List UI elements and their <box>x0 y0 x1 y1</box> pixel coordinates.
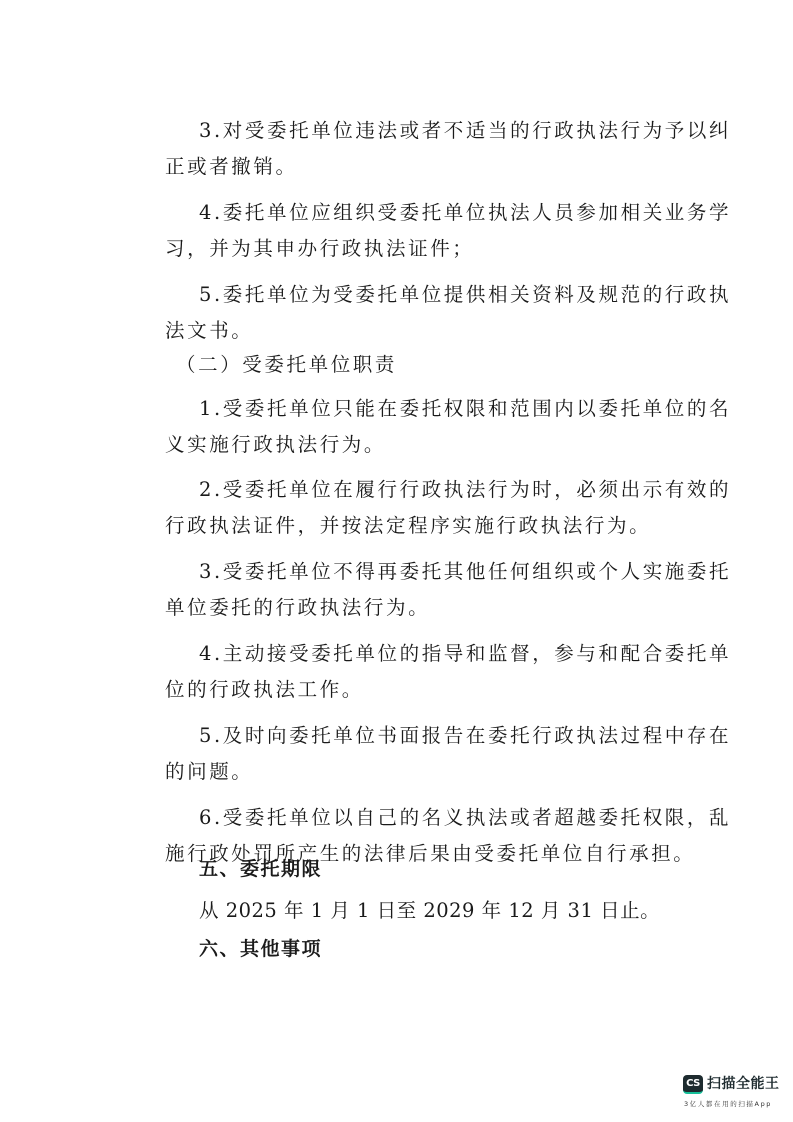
paragraph-line: 6.受委托单位以自己的名义执法或者超越委托权限，乱 <box>199 806 640 830</box>
section-heading-other: 六、其他事项 <box>199 937 640 961</box>
paragraph-line-date-range: 从 2025 年 1 月 1 日至 2029 年 12 月 31 日止。 <box>199 899 640 923</box>
paragraph-line: 5.及时向委托单位书面报告在委托行政执法过程中存在 <box>199 724 640 748</box>
paragraph-line: 位的行政执法工作。 <box>165 678 640 702</box>
camscanner-logo-icon: CS <box>683 1075 703 1094</box>
paragraph-line: 习，并为其申办行政执法证件； <box>165 237 640 261</box>
scanner-watermark: CS 扫描全能王 3亿人都在用的扫描App <box>683 1075 793 1115</box>
paragraph-line: 5.委托单位为受委托单位提供相关资料及规范的行政执 <box>199 283 640 307</box>
paragraph-line: 法文书。 <box>165 319 640 343</box>
paragraph-line: 义实施行政执法行为。 <box>165 433 640 457</box>
watermark-subtitle: 3亿人都在用的扫描App <box>684 1099 772 1108</box>
paragraph-line: 正或者撤销。 <box>165 155 640 179</box>
paragraph-line: 3.受委托单位不得再委托其他任何组织或个人实施委托 <box>199 560 640 584</box>
paragraph-line: 行政执法证件，并按法定程序实施行政执法行为。 <box>165 514 640 538</box>
section-subheading: （二）受委托单位职责 <box>176 353 617 377</box>
watermark-title: 扫描全能王 <box>707 1075 780 1094</box>
paragraph-line: 4.委托单位应组织受委托单位执法人员参加相关业务学 <box>199 201 640 225</box>
paragraph-line: 1.受委托单位只能在委托权限和范围内以委托单位的名 <box>199 397 640 421</box>
paragraph-line: 3.对受委托单位违法或者不适当的行政执法行为予以纠 <box>199 119 640 143</box>
paragraph-line: 4.主动接受委托单位的指导和监督，参与和配合委托单 <box>199 642 640 666</box>
paragraph-line: 的问题。 <box>165 760 640 784</box>
paragraph-line: 2.受委托单位在履行行政执法行为时，必须出示有效的 <box>199 478 640 502</box>
section-heading-period: 五、委托期限 <box>199 857 640 881</box>
paragraph-line: 单位委托的行政执法行为。 <box>165 596 640 620</box>
document-page: 3.对受委托单位违法或者不适当的行政执法行为予以纠 正或者撤销。 4.委托单位应… <box>0 0 793 1122</box>
